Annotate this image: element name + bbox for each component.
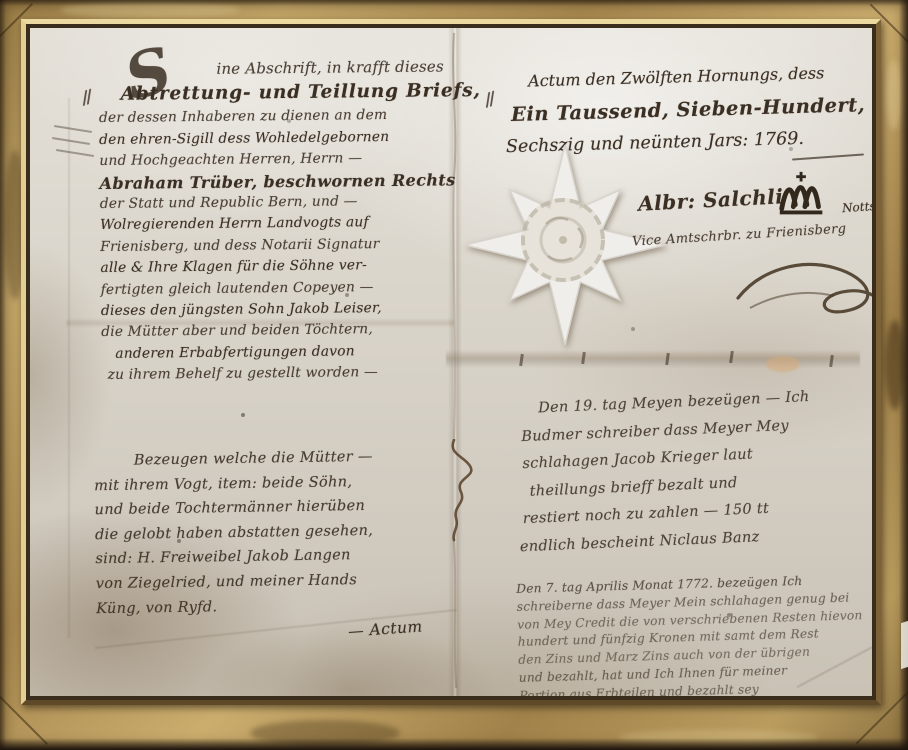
wall-background-sliver <box>901 621 908 669</box>
frame-outer-shadow <box>0 0 6 750</box>
frame-outer-shadow <box>0 738 908 750</box>
frame-outer-shadow <box>0 0 908 6</box>
framed-document-photo: // S ine Abschrift, in krafft dieses Abt… <box>0 0 908 750</box>
binding-thread <box>30 28 872 696</box>
manuscript-paper: // S ine Abschrift, in krafft dieses Abt… <box>30 28 872 696</box>
